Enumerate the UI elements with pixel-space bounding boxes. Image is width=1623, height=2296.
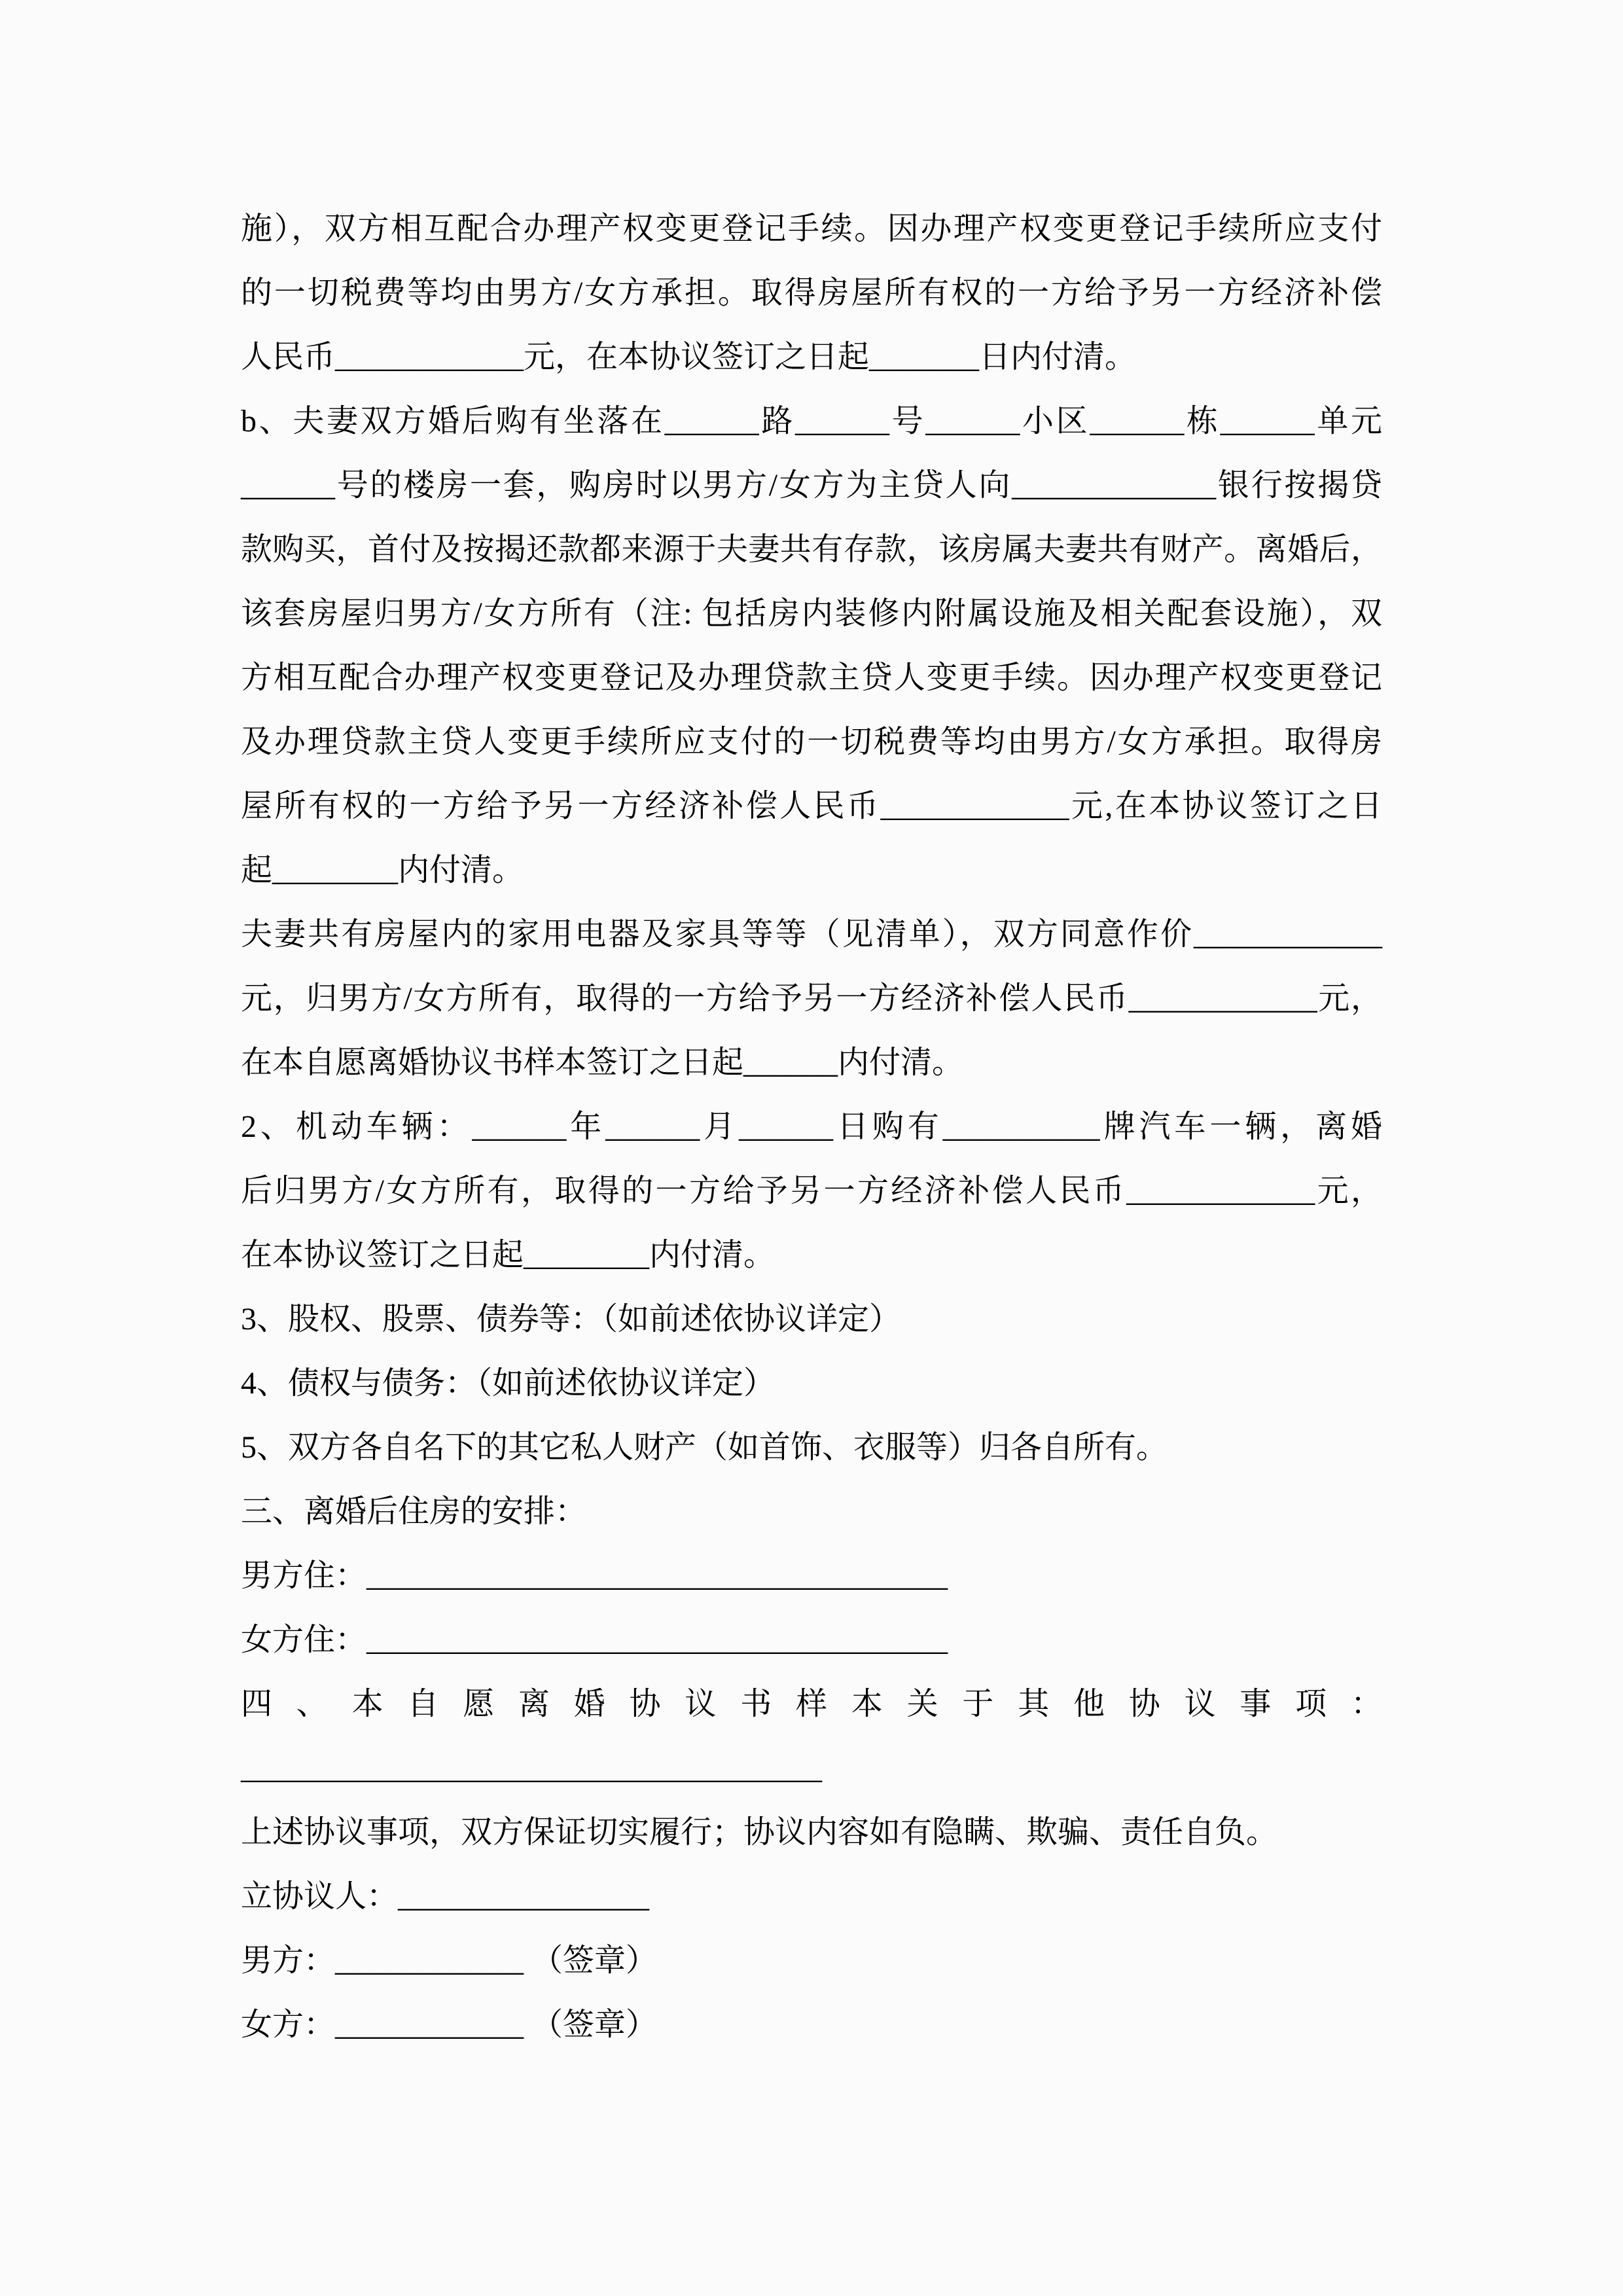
text-line: ______号的楼房一套，购房时以男方/女方为主贷人向_____________… [241,454,1382,518]
text-line: 上述协议事项，双方保证切实履行；协议内容如有隐瞒、欺骗、责任自负。 [241,1801,1382,1865]
text-line: 3、股权、股票、债券等：（如前述依协议详定） [241,1287,1382,1352]
text-line: 后归男方/女方所有，取得的一方给予另一方经济补偿人民币____________元… [241,1159,1382,1223]
text-line: 方相互配合办理产权变更登记及办理贷款主贷人变更手续。因办理产权变更登记 [241,646,1382,710]
text-line: 人民币____________元，在本协议签订之日起_______日内付清。 [241,325,1382,389]
text-line: 2、机动车辆：______年______月______日购有__________… [241,1095,1382,1159]
text-line: 的一切税费等均由男方/女方承担。取得房屋所有权的一方给予另一方经济补偿 [241,261,1382,325]
text-line: 三、离婚后住房的安排： [241,1480,1382,1544]
text-line: 四 、 本 自 愿 离 婚 协 议 书 样 本 关 于 其 他 协 议 事 项 … [241,1672,1382,1736]
text-line: 4、债权与债务：（如前述依协议详定） [241,1352,1382,1416]
text-line: 5、双方各自名下的其它私人财产（如首饰、衣服等）归各自所有。 [241,1416,1382,1480]
text-line: 该套房屋归男方/女方所有（注: 包括房内装修内附属设施及相关配套设施），双 [241,582,1382,646]
text-line: 夫妻共有房屋内的家用电器及家具等等（见清单），双方同意作价___________… [241,903,1382,967]
text-line: b、夫妻双方婚后购有坐落在______路______号______小区_____… [241,389,1382,454]
text-line: 及办理贷款主贷人变更手续所应支付的一切税费等均由男方/女方承担。取得房 [241,710,1382,774]
text-line: 起________内付清。 [241,838,1382,903]
document-body: 施），双方相互配合办理产权变更登记手续。因办理产权变更登记手续所应支付的一切税费… [241,197,1382,2057]
text-line: 立协议人：________________ [241,1865,1382,1929]
text-line: _____________________________________ [241,1736,1382,1801]
text-line: 款购买，首付及按揭还款都来源于夫妻共有存款，该房属夫妻共有财产。离婚后， [241,518,1382,582]
text-line: 屋所有权的一方给予另一方经济补偿人民币____________元,在本协议签订之… [241,774,1382,838]
text-line: 女方：____________ （签章） [241,1993,1382,2057]
text-line: 女方住：____________________________________… [241,1608,1382,1672]
text-line: 元，归男方/女方所有，取得的一方给予另一方经济补偿人民币____________… [241,967,1382,1031]
text-line: 在本自愿离婚协议书样本签订之日起______内付清。 [241,1031,1382,1095]
text-line: 在本协议签订之日起________内付清。 [241,1223,1382,1287]
text-line: 施），双方相互配合办理产权变更登记手续。因办理产权变更登记手续所应支付 [241,197,1382,261]
text-line: 男方：____________ （签章） [241,1929,1382,1993]
text-line: 男方住：____________________________________… [241,1544,1382,1608]
document-page: 施），双方相互配合办理产权变更登记手续。因办理产权变更登记手续所应支付的一切税费… [0,0,1623,2296]
